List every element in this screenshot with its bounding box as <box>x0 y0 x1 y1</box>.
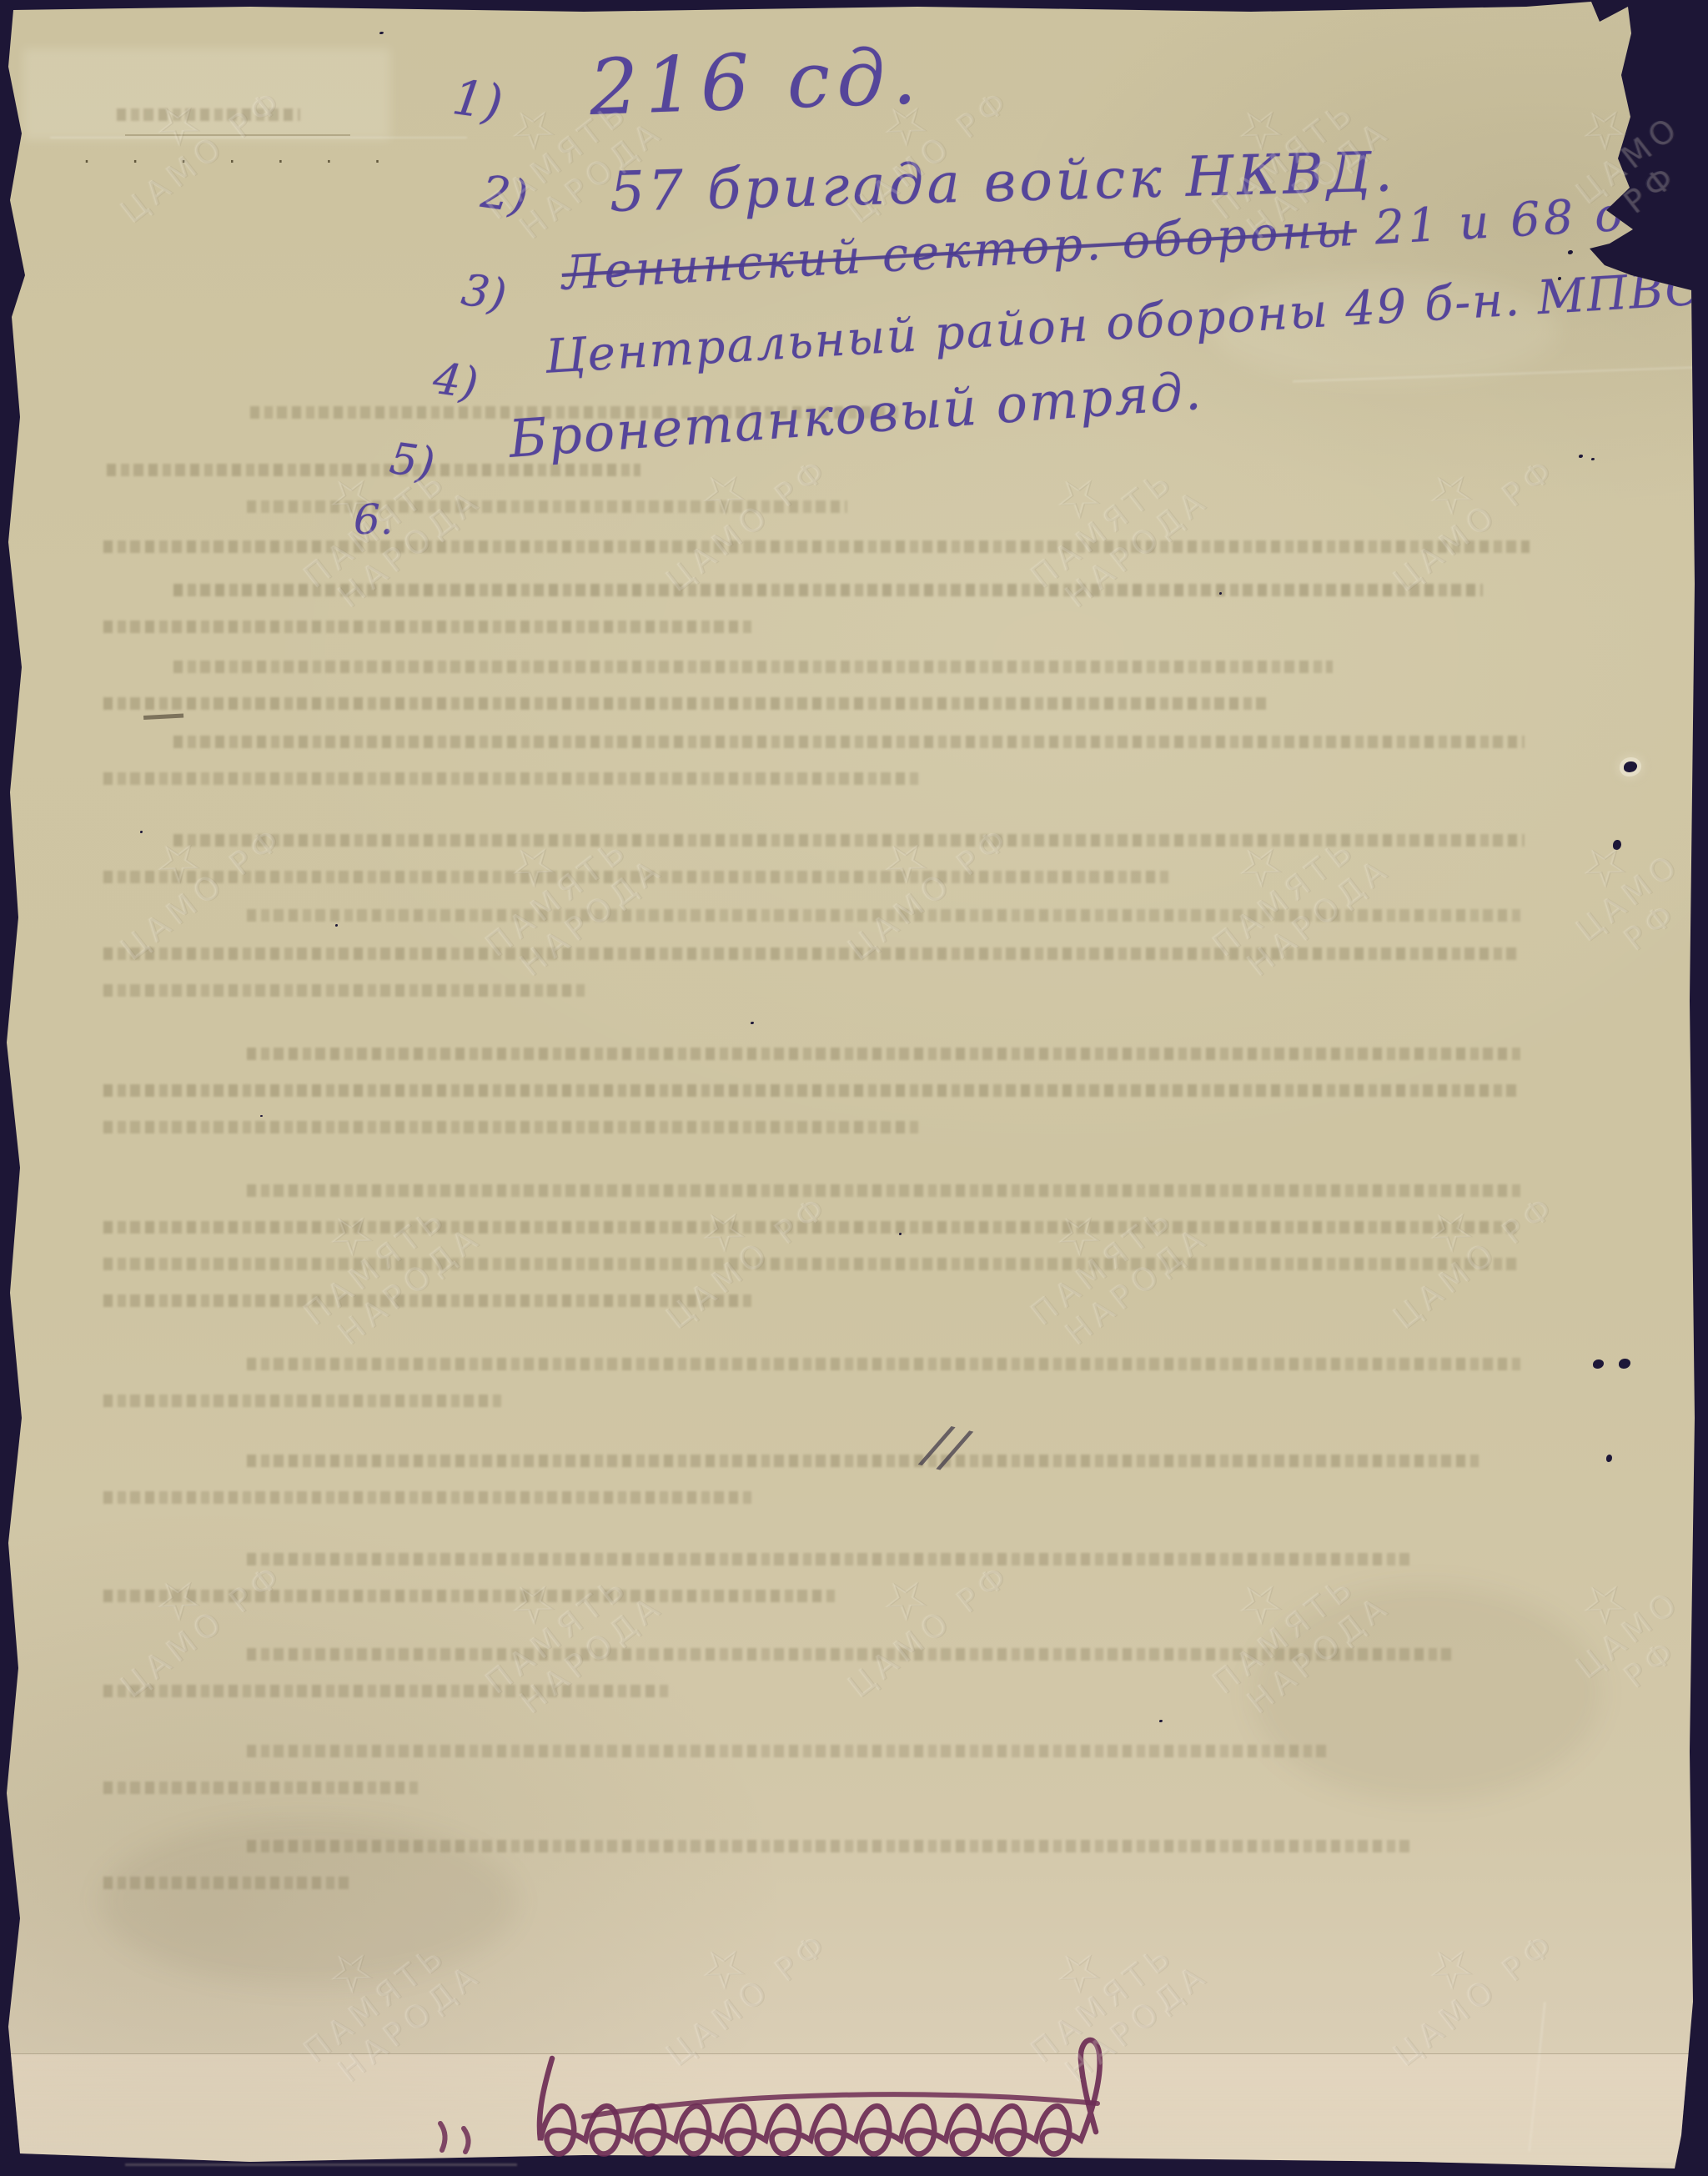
faded-typed-line <box>103 1491 754 1504</box>
faded-typed-line <box>103 984 587 997</box>
paper-sheet: . . . . . . . 1) 216 сд. 2) 57 бригада в… <box>0 0 1708 2176</box>
ink-speck <box>335 924 338 927</box>
faded-typed-line <box>247 1048 1523 1060</box>
faded-typed-line <box>247 1648 1456 1661</box>
underlying-page-edge <box>0 2053 1708 2163</box>
ink-speck <box>1593 1359 1604 1369</box>
ink-speck <box>1579 455 1583 458</box>
faded-typed-line <box>173 584 1483 596</box>
faded-typed-line <box>103 540 1530 553</box>
faded-typed-line <box>247 909 1523 922</box>
faded-typed-line <box>103 1782 420 1794</box>
ink-speck <box>1619 1359 1630 1369</box>
faded-typed-line <box>103 1221 1521 1234</box>
faded-typed-line <box>247 1840 1414 1852</box>
ink-speck <box>1159 1720 1163 1722</box>
scan-edge-glint <box>125 2163 517 2166</box>
ink-speck <box>379 32 384 34</box>
ink-speck <box>899 1233 902 1235</box>
faded-typed-line <box>173 834 1525 847</box>
faded-typed-line <box>173 661 1333 673</box>
faded-typed-line <box>103 947 1521 960</box>
crease-line <box>50 137 467 138</box>
faded-typed-line <box>103 871 1171 883</box>
light-band <box>23 48 390 140</box>
faded-typed-line <box>103 1294 754 1307</box>
ink-speck <box>1613 840 1621 850</box>
faded-typed-line <box>103 772 921 785</box>
faded-typed-line <box>173 736 1525 748</box>
faded-typed-line <box>247 500 847 513</box>
faded-typed-line <box>103 1121 921 1133</box>
faded-underline <box>125 134 350 136</box>
handwritten-item-number: 4) <box>430 354 481 410</box>
faded-typed-line <box>103 1258 1521 1270</box>
faded-typed-line <box>247 1184 1523 1197</box>
faded-typed-line <box>103 697 1271 710</box>
handwritten-item-number: 6. <box>354 495 394 544</box>
handwritten-item-number: 3) <box>459 265 510 321</box>
handwritten-item-1: 216 сд. <box>588 32 924 133</box>
faded-typed-line <box>103 1685 671 1697</box>
typed-dotted-line: . . . . . . . <box>82 147 397 167</box>
faded-typed-line <box>247 1553 1414 1565</box>
ink-speck <box>751 1022 754 1024</box>
faded-typed-line <box>103 1590 837 1602</box>
paper-hole <box>1624 761 1637 772</box>
handwritten-item-number: 5) <box>387 434 438 490</box>
paper-blotch <box>1251 1585 1601 1802</box>
ink-speck <box>140 831 143 833</box>
appended-text: 21 и 68 об Мсп <box>1374 178 1708 256</box>
ink-speck <box>1591 458 1595 460</box>
faded-typed-line <box>247 1455 1481 1467</box>
faded-typed-line <box>103 1395 504 1407</box>
handwritten-item-number: 2) <box>478 165 531 224</box>
faded-typed-line <box>247 1745 1331 1757</box>
ink-speck <box>1568 250 1573 254</box>
faded-typed-word <box>117 108 300 121</box>
handwritten-item-number: 1) <box>450 68 506 132</box>
pencil-double-slash: // <box>920 1411 972 1482</box>
faded-typed-line <box>247 1358 1523 1370</box>
pencil-dash <box>143 713 183 720</box>
faded-typed-line <box>103 1877 354 1889</box>
ink-speck <box>260 1115 263 1117</box>
faded-typed-line <box>103 621 754 633</box>
faded-typed-line <box>103 1084 1521 1097</box>
ink-speck <box>1606 1455 1612 1462</box>
scanned-document-page: . . . . . . . 1) 216 сд. 2) 57 бригада в… <box>0 0 1708 2176</box>
